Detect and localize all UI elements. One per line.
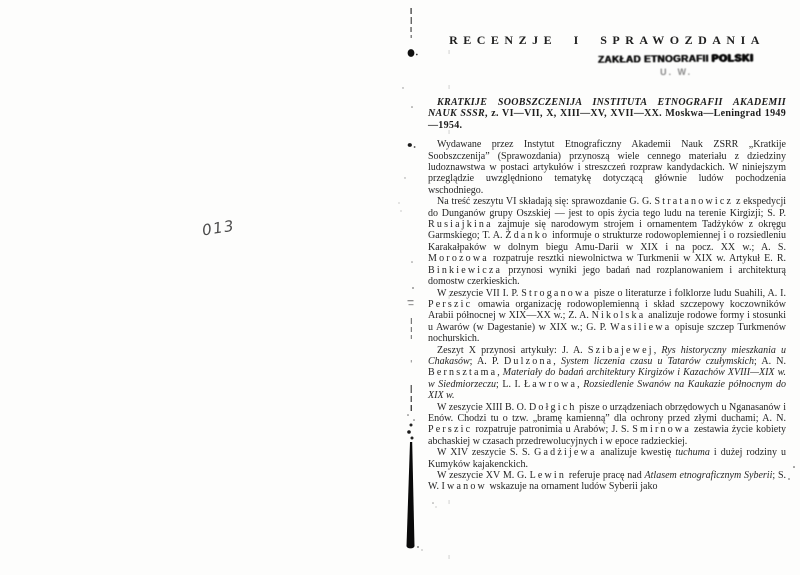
text-run: W zeszycie XV M. G. (437, 470, 530, 481)
text-run: Ławrowa (524, 379, 577, 390)
text-run: ; A. P. (470, 356, 504, 367)
text-run: Stratanowicz (655, 196, 734, 207)
text-run: , (553, 356, 561, 367)
paragraph: W zeszycie VII I. P. Stroganowa pisze o … (428, 288, 786, 345)
handwritten-archive-number: 013 (201, 217, 237, 240)
text-run: Wasiliewa (610, 322, 671, 333)
text-run: W XIV zeszycie S. S. (437, 447, 534, 458)
paragraph: Na treść zeszytu VI składają się: sprawo… (428, 196, 786, 287)
text-run: Stroganowa (521, 288, 591, 299)
text-run: Rusiajkina (428, 219, 493, 230)
reference-paragraph: KRATKIJE SOOBSZCZENIJA INSTITUTA ETNOGRA… (428, 97, 786, 131)
text-run: Dulzona (504, 356, 553, 367)
text-run: W zeszycie VII I. P. (437, 288, 521, 299)
paragraph: W zeszycie XV M. G. Lewin referuje pracę… (428, 470, 786, 493)
text-run: System liczenia czasu u Tatarów czułymsk… (561, 356, 754, 367)
text-run: Atlasem etnograficznym Syberii (645, 470, 773, 481)
text-run: analizuje kwestię (597, 447, 676, 458)
stamp-institution-line: ZAKŁAD ETNOGRAFII POLSKI (594, 53, 758, 66)
text-run: Binkiewicza (428, 265, 502, 276)
scan-speck (793, 466, 795, 468)
scan-speck (788, 478, 790, 480)
text-run: Wydawane przez Instytut Etnograficzny Ak… (428, 139, 786, 196)
text-run: ; L. I. (496, 379, 524, 390)
text-run: rozpatruje patronimia u Arabów; J. S. (472, 424, 632, 435)
text-run: Żdanko (505, 230, 549, 241)
text-run: Bernsztama (428, 367, 497, 378)
stamp-text: ZAKŁAD ETNOGRAFII (598, 54, 709, 66)
text-run: Gadżijewa (534, 447, 597, 458)
text-run: referuje pracę nad (566, 470, 644, 481)
library-stamp: ZAKŁAD ETNOGRAFII POLSKI U. W. (594, 53, 758, 78)
scanned-journal-page: 013 RECENZJE I SPRAWOZDANIA ZAKŁAD ETNOG… (0, 0, 800, 575)
text-run: rozpatruje resztki niewolnictwa w Turkme… (489, 253, 786, 264)
text-run: Perszic (428, 424, 472, 435)
text-run: W zeszycie XIII B. O. (437, 402, 529, 413)
text-run: Perszic (428, 299, 472, 310)
paragraph: Zeszyt X przynosi artykuły: J. A. Szibaj… (428, 345, 786, 402)
text-run: Szibajewej (588, 345, 654, 356)
text-run: Dołgich (529, 402, 577, 413)
paragraph: W zeszycie XIII B. O. Dołgich pisze o ur… (428, 402, 786, 448)
article-text: KRATKIJE SOOBSZCZENIJA INSTITUTA ETNOGRA… (428, 97, 786, 493)
text-run: ; A. N. (754, 356, 786, 367)
text-run: Morozowa (428, 253, 489, 264)
text-run: pisze o literaturze i folklorze ludu Sua… (591, 288, 786, 299)
text-run: Nikolska (592, 310, 646, 321)
text-run: Zeszyt X przynosi artykuły: J. A. (437, 345, 588, 356)
section-title: RECENZJE I SPRAWOZDANIA (428, 33, 786, 48)
paragraph: Wydawane przez Instytut Etnograficzny Ak… (428, 139, 786, 196)
paragraph: W XIV zeszycie S. S. Gadżijewa analizuje… (428, 447, 786, 470)
stamp-text-heavy: POLSKI (712, 53, 754, 64)
text-run: Na treść zeszytu VI składają się: sprawo… (437, 196, 655, 207)
stamp-university-abbrev: U. W. (594, 66, 758, 78)
text-run: wskazuje na ornament ludów Syberii jako (487, 481, 658, 492)
text-run: tuchuma (675, 447, 709, 458)
text-run: Smirnowa (632, 424, 691, 435)
text-run: Iwanow (442, 481, 487, 492)
text-run: Lewin (530, 470, 567, 481)
